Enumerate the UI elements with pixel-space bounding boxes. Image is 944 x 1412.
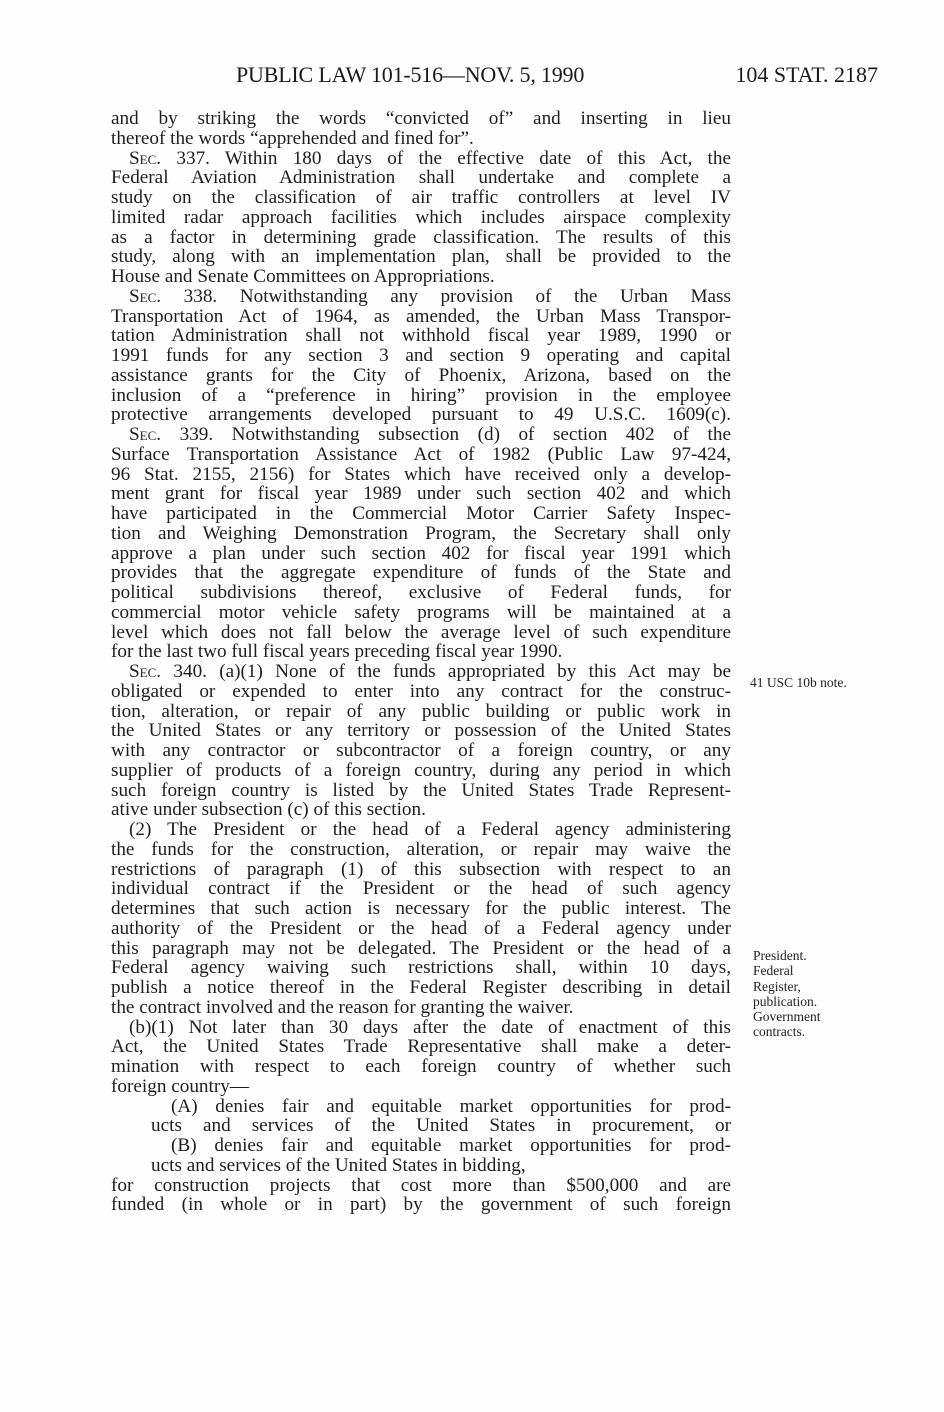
text-line: for construction projects that cost more…: [111, 1176, 731, 1196]
text-line: 96 Stat. 2155, 2156) for States which ha…: [111, 465, 731, 485]
section-339-start: Sec. 339. Notwithstanding subsection (d)…: [111, 425, 731, 445]
paragraph-b1-start: (b)(1) Not later than 30 days after the …: [111, 1018, 731, 1038]
sec-label: Sec.: [129, 148, 161, 169]
sec-label: Sec.: [129, 286, 161, 307]
body-text: and by striking the words “convicted of”…: [111, 109, 731, 1215]
text-line: ucts and services of the United States i…: [111, 1156, 731, 1176]
text-line: study, along with an implementation plan…: [111, 247, 731, 267]
text-line: authority of the President or the head o…: [111, 919, 731, 939]
text-line: limited radar approach facilities which …: [111, 208, 731, 228]
text-line: Act, the United States Trade Representat…: [111, 1037, 731, 1057]
public-law-title: PUBLIC LAW 101-516—NOV. 5, 1990: [236, 62, 584, 88]
text-line: individual contract if the President or …: [111, 879, 731, 899]
margin-topic: President.: [753, 948, 820, 963]
text-line: the contract involved and the reason for…: [111, 998, 731, 1018]
text-line: such foreign country is listed by the Un…: [111, 781, 731, 801]
text-line: tion and Weighing Demonstration Program,…: [111, 524, 731, 544]
clause-a-start: (A) denies fair and equitable market opp…: [111, 1097, 731, 1117]
margin-note-topics: President. Federal Register, publication…: [753, 948, 820, 1040]
text-line: foreign country—: [111, 1077, 731, 1097]
text-line: protective arrangements developed pursua…: [111, 405, 731, 425]
text-line: approve a plan under such section 402 fo…: [111, 544, 731, 564]
text-line: supplier of products of a foreign countr…: [111, 761, 731, 781]
text-line: this paragraph may not be delegated. The…: [111, 939, 731, 959]
margin-topic: Federal: [753, 963, 820, 978]
text-line: for the last two full fiscal years prece…: [111, 642, 731, 662]
document-page: PUBLIC LAW 101-516—NOV. 5, 1990 104 STAT…: [0, 0, 944, 1412]
margin-topic: Register,: [753, 979, 820, 994]
text-line: Transportation Act of 1964, as amended, …: [111, 307, 731, 327]
section-340-start: Sec. 340. (a)(1) None of the funds appro…: [111, 662, 731, 682]
text-line: level which does not fall below the aver…: [111, 623, 731, 643]
text-line: mination with respect to each foreign co…: [111, 1057, 731, 1077]
section-338-start: Sec. 338. Notwithstanding any provision …: [111, 287, 731, 307]
text-line: Surface Transportation Assistance Act of…: [111, 445, 731, 465]
text-line: publish a notice thereof in the Federal …: [111, 978, 731, 998]
text-line: and by striking the words “convicted of”…: [111, 109, 731, 129]
margin-note-usc: 41 USC 10b note.: [750, 675, 847, 690]
text-line: inclusion of a “preference in hiring” pr…: [111, 386, 731, 406]
text-line: commercial motor vehicle safety programs…: [111, 603, 731, 623]
margin-topic: contracts.: [753, 1024, 820, 1039]
text-line: ucts and services of the United States i…: [111, 1116, 731, 1136]
stat-page-number: 104 STAT. 2187: [735, 62, 878, 88]
text-line: study on the classification of air traff…: [111, 188, 731, 208]
text-line: as a factor in determining grade classif…: [111, 228, 731, 248]
sec-label: Sec.: [129, 661, 161, 682]
text-line: Federal agency waiving such restrictions…: [111, 958, 731, 978]
text-line: the United States or any territory or po…: [111, 721, 731, 741]
text-line: the funds for the construction, alterati…: [111, 840, 731, 860]
text-line: Federal Aviation Administration shall un…: [111, 168, 731, 188]
text-line: have participated in the Commercial Moto…: [111, 504, 731, 524]
text-line: with any contractor or subcontractor of …: [111, 741, 731, 761]
text-line: determines that such action is necessary…: [111, 899, 731, 919]
text-line: provides that the aggregate expenditure …: [111, 563, 731, 583]
running-head: PUBLIC LAW 101-516—NOV. 5, 1990 104 STAT…: [236, 62, 878, 92]
section-337-start: Sec. 337. Within 180 days of the effecti…: [111, 149, 731, 169]
margin-topic: publication.: [753, 994, 820, 1009]
paragraph-a2-start: (2) The President or the head of a Feder…: [111, 820, 731, 840]
text-line: assistance grants for the City of Phoeni…: [111, 366, 731, 386]
text-line: funded (in whole or in part) by the gove…: [111, 1195, 731, 1215]
text-line: political subdivisions thereof, exclusiv…: [111, 583, 731, 603]
text-line: tion, alteration, or repair of any publi…: [111, 702, 731, 722]
text-line: ment grant for fiscal year 1989 under su…: [111, 484, 731, 504]
text-line: House and Senate Committees on Appropria…: [111, 267, 731, 287]
text-line: thereof the words “apprehended and fined…: [111, 129, 731, 149]
clause-b-start: (B) denies fair and equitable market opp…: [111, 1136, 731, 1156]
text-line: tation Administration shall not withhold…: [111, 326, 731, 346]
text-line: 1991 funds for any section 3 and section…: [111, 346, 731, 366]
text-line: obligated or expended to enter into any …: [111, 682, 731, 702]
text-line: ative under subsection (c) of this secti…: [111, 800, 731, 820]
margin-topic: Government: [753, 1009, 820, 1024]
sec-label: Sec.: [129, 424, 161, 445]
text-line: restrictions of paragraph (1) of this su…: [111, 860, 731, 880]
